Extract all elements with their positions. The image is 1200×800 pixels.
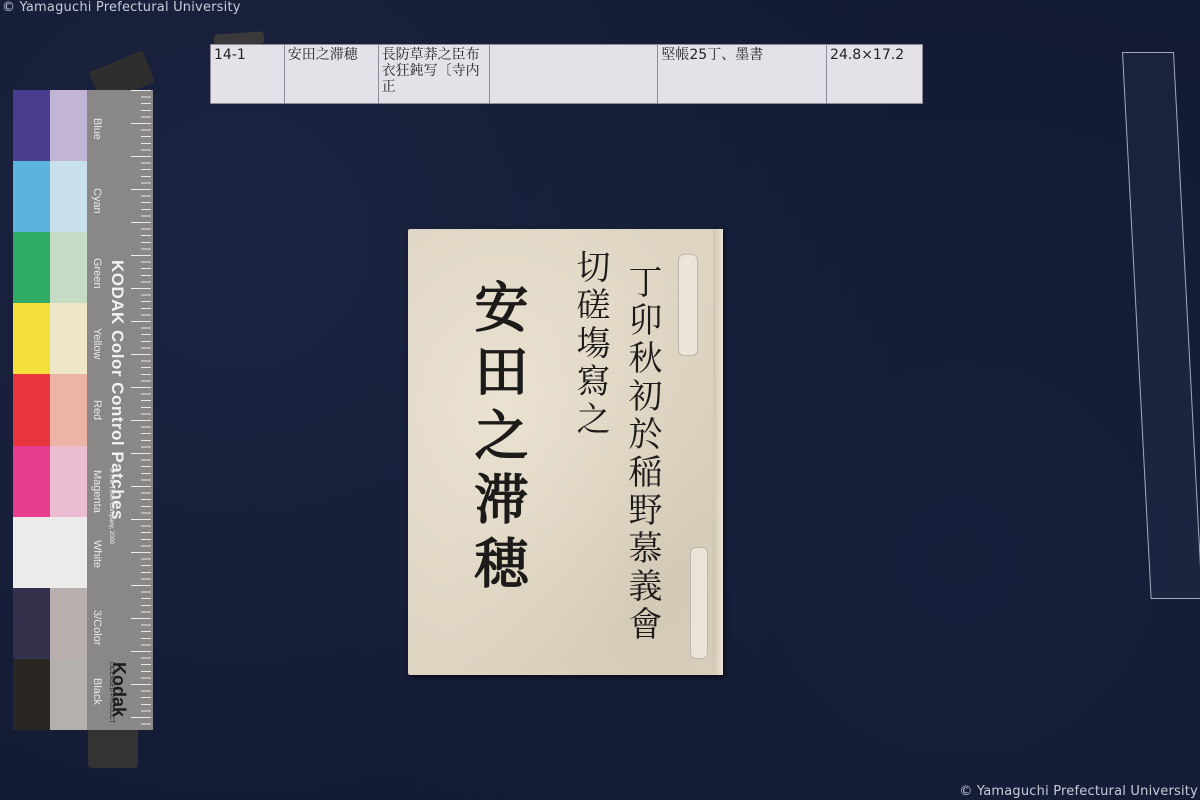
catalog-number: 14-1 — [211, 45, 285, 104]
book-title: 安田之滞穂 — [460, 279, 537, 599]
color-patches — [13, 90, 87, 730]
patch-label-magenta: Magenta — [91, 470, 103, 513]
patch-label-cyan: Cyan — [91, 188, 103, 214]
binding-tie — [690, 547, 708, 659]
patch-label-yellow: Yellow — [91, 328, 103, 359]
chart-copyright: © The Tiffen Company, 2000 — [108, 468, 114, 544]
patch-label-green: Green — [91, 258, 103, 289]
patch-3color — [13, 588, 87, 659]
copyright-credit-top: © Yamaguchi Prefectural University — [2, 0, 241, 15]
patch-white — [13, 517, 87, 588]
copyright-credit-bottom: © Yamaguchi Prefectural University — [959, 784, 1198, 799]
patch-label-blue: Blue — [91, 118, 103, 140]
patch-blue — [13, 90, 87, 161]
patch-magenta — [13, 446, 87, 517]
patch-label-3color: 3/Color — [91, 610, 103, 645]
ruler-major-ticks — [131, 90, 141, 730]
catalog-format: 堅帳25丁、墨書 — [658, 45, 827, 104]
patch-label-black: Black — [91, 678, 103, 705]
patch-label-red: Red — [91, 400, 103, 420]
patch-red — [13, 374, 87, 445]
patch-label-white: White — [91, 540, 103, 568]
kodak-logo-sub: LICENSED PRODUCT — [108, 662, 114, 723]
patch-green — [13, 232, 87, 303]
book-spine-edge — [713, 229, 723, 675]
gray-ruler-strip: Blue Cyan Green Yellow Red Magenta White… — [87, 90, 153, 730]
catalog-note — [489, 45, 658, 104]
acrylic-ruler — [1122, 52, 1200, 599]
patch-cyan — [13, 161, 87, 232]
catalog-author: 長防草莽之臣布衣狂鈍写〔寺内正 — [378, 45, 489, 104]
catalog-label: 14-1 安田之滞穂 長防草莽之臣布衣狂鈍写〔寺内正 堅帳25丁、墨書 24.8… — [210, 44, 923, 104]
book-inscription-line1: 丁卯秋初於稲野慕義會 — [618, 264, 667, 644]
manuscript-book: 丁卯秋初於稲野慕義會 切磋塲寫之 安田之滞穂 — [408, 229, 723, 675]
patch-black — [13, 659, 87, 730]
kodak-color-chart: Blue Cyan Green Yellow Red Magenta White… — [13, 90, 153, 730]
patch-yellow — [13, 303, 87, 374]
book-inscription-line2: 切磋塲寫之 — [566, 249, 615, 439]
catalog-dimensions: 24.8×17.2 — [827, 45, 923, 104]
binding-tie — [678, 254, 698, 356]
catalog-title: 安田之滞穂 — [284, 45, 378, 104]
